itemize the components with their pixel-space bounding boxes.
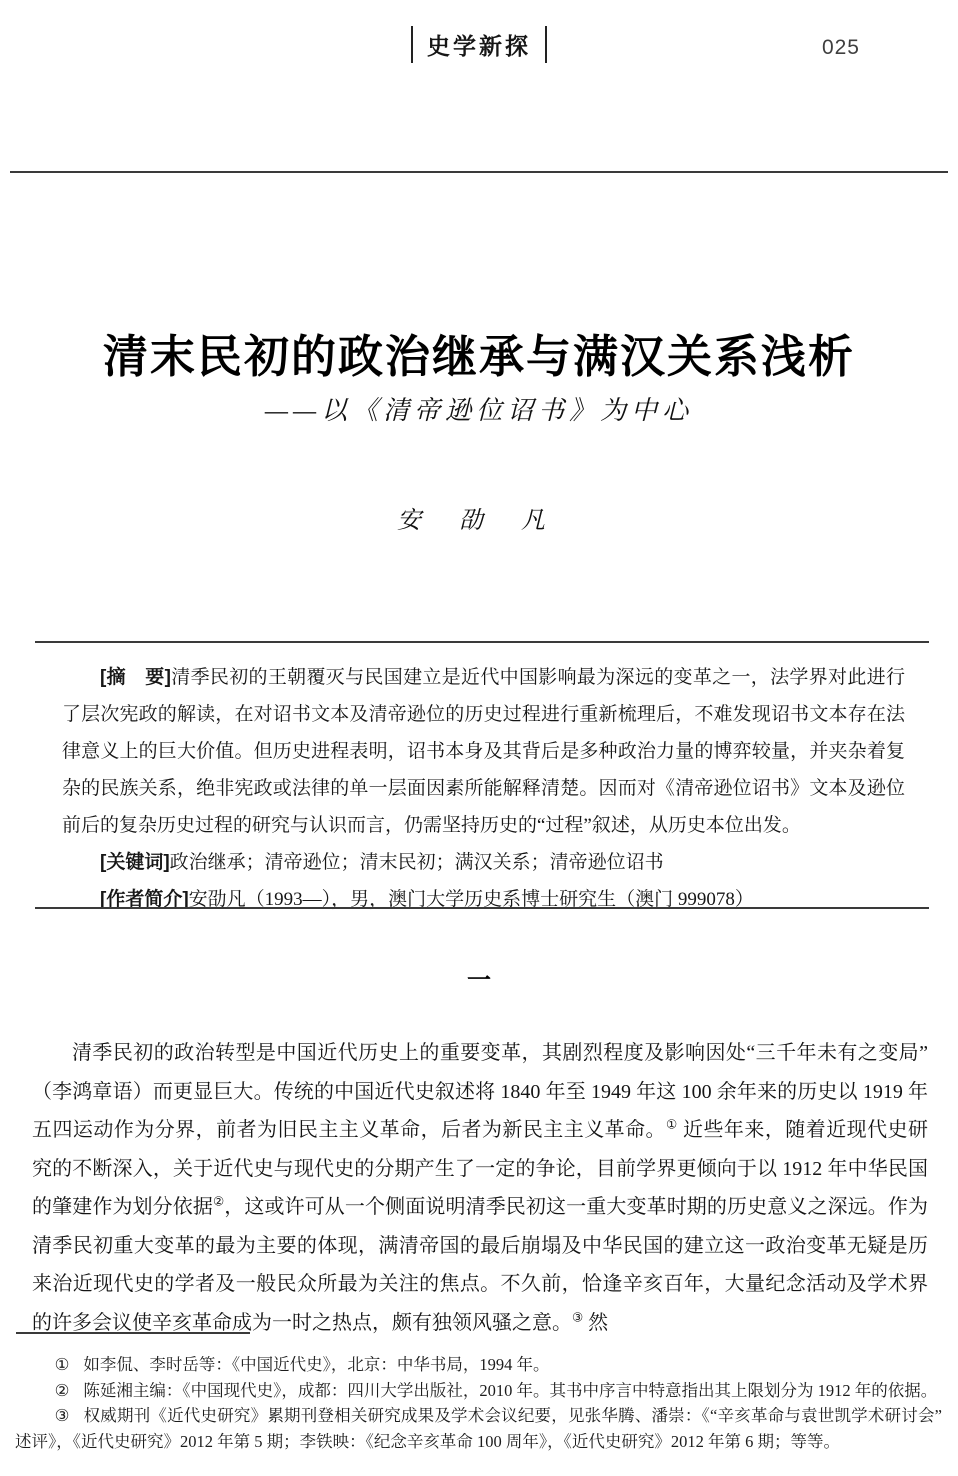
- abstract-label: [摘 要]: [100, 667, 171, 688]
- abstract-text: 清季民初的王朝覆灭与民国建立是近代中国影响最为深远的变革之一，法学界对此进行了层…: [62, 667, 905, 836]
- journal-page: 史学新探 025 清末民初的政治继承与满汉关系浅析 ——以《清帝逊位诏书》为中心…: [0, 0, 958, 1476]
- author-bio-line: [作者简介]安劭凡（1993—），男，澳门大学历史系博士研究生（澳门 99907…: [62, 881, 905, 918]
- journal-column-header: 史学新探: [0, 26, 958, 63]
- column-title-text: 史学新探: [427, 33, 531, 59]
- footnote-marker: ③: [55, 1406, 70, 1425]
- abstract-section: [摘 要]清季民初的王朝覆灭与民国建立是近代中国影响最为深远的变革之一，法学界对…: [62, 659, 905, 918]
- footnote-divider: [16, 1332, 250, 1334]
- abstract-paragraph: [摘 要]清季民初的王朝覆灭与民国建立是近代中国影响最为深远的变革之一，法学界对…: [62, 659, 905, 844]
- footnote-reference: ①: [666, 1117, 678, 1131]
- keywords-label: [关键词]: [100, 852, 170, 873]
- footnote-item: ①如李侃、李时岳等：《中国近代史》，北京：中华书局，1994 年。: [15, 1352, 942, 1378]
- abstract-bottom-divider: [35, 907, 929, 909]
- abstract-top-divider: [35, 641, 929, 643]
- article-title: 清末民初的政治继承与满汉关系浅析: [0, 320, 958, 385]
- keywords-text: 政治继承；清帝逊位；清末民初；满汉关系；清帝逊位诏书: [170, 852, 664, 873]
- footnote-item: ③权威期刊《近代史研究》累期刊登相关研究成果及学术会议纪要，见张华腾、潘崇：《“…: [15, 1403, 942, 1454]
- footnote-reference: ③: [572, 1310, 583, 1324]
- footnote-marker: ①: [55, 1355, 70, 1374]
- footnotes-list: ①如李侃、李时岳等：《中国近代史》，北京：中华书局，1994 年。②陈延湘主编：…: [15, 1352, 942, 1454]
- footnote-item: ②陈延湘主编：《中国现代史》，成都：四川大学出版社，2010 年。其书中序言中特…: [15, 1378, 942, 1404]
- footnote-marker: ②: [55, 1381, 70, 1400]
- keywords-line: [关键词]政治继承；清帝逊位；清末民初；满汉关系；清帝逊位诏书: [62, 844, 905, 881]
- section-heading: 一: [0, 960, 958, 995]
- footnote-reference: ②: [213, 1194, 224, 1208]
- body-paragraph: 清季民初的政治转型是中国近代历史上的重要变革，其剧烈程度及影响因处“三千年未有之…: [32, 1034, 928, 1342]
- column-title: 史学新探: [411, 26, 547, 63]
- header-divider: [10, 171, 948, 173]
- article-author: 安 劭 凡: [0, 500, 958, 535]
- article-subtitle: ——以《清帝逊位诏书》为中心: [0, 390, 958, 427]
- page-number: 025: [822, 36, 860, 60]
